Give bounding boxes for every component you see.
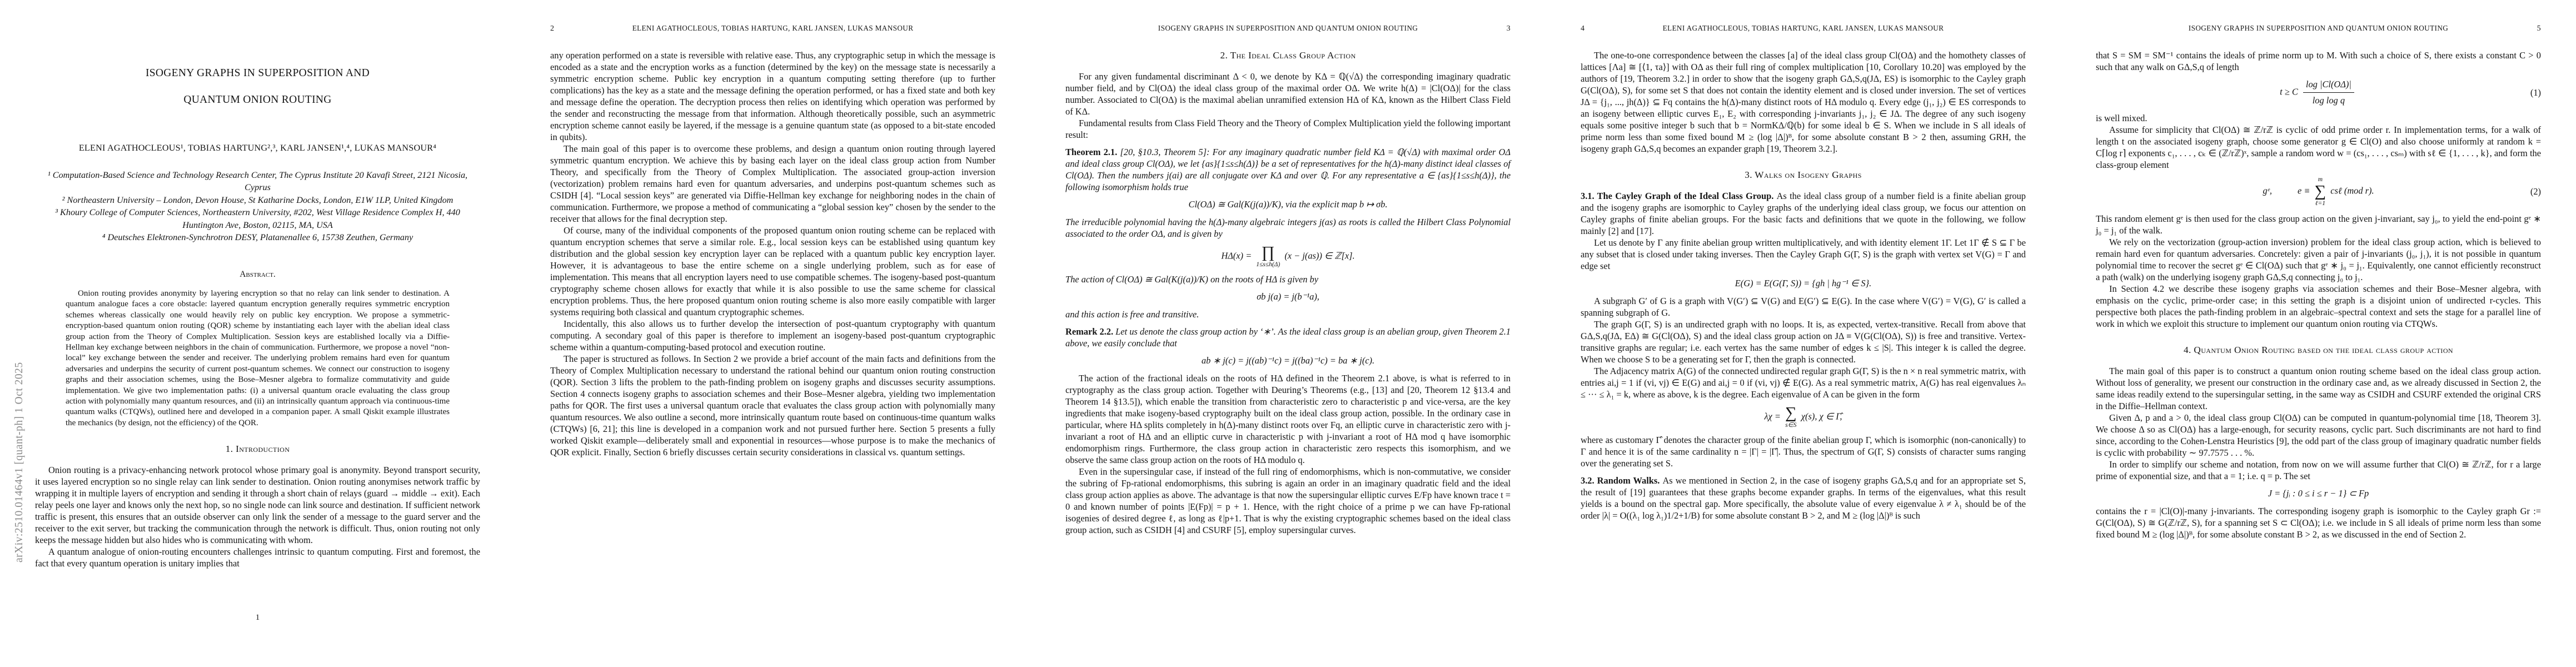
paragraph: The Adjacency matrix A(G) of the connect… [1581, 365, 2026, 400]
sum-operator: ∑s∈S [1785, 405, 1797, 429]
running-header-page-number: 3 [1492, 23, 1511, 34]
running-header-page-number: 2 [550, 23, 569, 34]
equation-sigma-action: σb j(a) = j(b⁻¹a), [1065, 290, 1511, 303]
sum-symbol: ∑ [1785, 405, 1797, 421]
remark-2-2: Remark 2.2. Let us denote the class grou… [1065, 326, 1511, 349]
paragraph: For any given fundamental discriminant Δ… [1065, 71, 1511, 117]
equation-eigenvalue: λχ = ∑s∈S χ(s), χ ∈ Γ̂, [1581, 405, 2026, 429]
paragraph: Assume for simplicity that Cl(OΔ) ≅ ℤ/rℤ… [2096, 124, 2541, 171]
subsection-3-1: 3.1. The Cayley Graph of the Ideal Class… [1581, 190, 2026, 237]
equation-2-class-group-element: gᵉ,e ≡ m∑ℓ=1 csℓ (mod r). (2) [2096, 176, 2541, 208]
running-header-title: ELENI AGATHOCLEOUS, TOBIAS HARTUNG, KARL… [1600, 22, 2007, 34]
subsection-label: 3.1. The Cayley Graph of the Ideal Class… [1581, 191, 1777, 201]
theorem-text: [20, §10.3, Theorem 5]: For any imaginar… [1065, 147, 1511, 192]
fraction-denominator: log log q [2303, 92, 2354, 107]
section-heading-introduction: 1. Introduction [35, 443, 480, 455]
paragraph: contains the r = |Cl(O)|-many j-invarian… [2096, 505, 2541, 540]
paragraph-italic: The irreducible polynomial having the h(… [1065, 217, 1511, 239]
theorem-label: Theorem 2.1. [1065, 147, 1120, 157]
paragraph-italic: and this action is free and transitive. [1065, 309, 1199, 320]
equation-suffix: (x − j(as)) ∈ ℤ[x]. [1282, 250, 1354, 261]
paper-sheet: arXiv:2510.01464v1 [quant-ph] 1 Oct 2025… [0, 0, 2576, 667]
paragraph: and this action is free and transitive. [1065, 308, 1511, 320]
paragraph: The graph G(Γ, S) is an undirected graph… [1581, 318, 2026, 365]
sum-limit: s∈S [1785, 421, 1796, 429]
equation-prefix: gᵉ, [2263, 186, 2272, 196]
paragraph: The irreducible polynomial having the h(… [1065, 216, 1511, 240]
running-header-page-number: 5 [2522, 23, 2541, 34]
paragraph: This random element gᵉ is then used for … [2096, 213, 2541, 236]
product-limit: 1≤s≤h(Δ) [1256, 261, 1280, 268]
subsection-3-2: 3.2. Random Walks. As we mentioned in Se… [1581, 475, 2026, 521]
sum-operator: m∑ℓ=1 [2315, 176, 2326, 208]
paragraph: In order to simplify our scheme and nota… [2096, 459, 2541, 482]
paragraph: The action of the fractional ideals on t… [1065, 372, 1511, 466]
paragraph: We rely on the vectorization (group-acti… [2096, 236, 2541, 283]
paragraph-italic: The action of Cl(OΔ) ≅ Gal(K(j(a))/K) on… [1065, 274, 1318, 285]
page-5: ISOGENY GRAPHS IN SUPERPOSITION AND QUAN… [2061, 0, 2576, 667]
equation-suffix: χ(s), χ ∈ Γ̂, [1799, 411, 1842, 421]
page-2: 2 ELENI AGATHOCLEOUS, TOBIAS HARTUNG, KA… [515, 0, 1030, 667]
running-header-title: ELENI AGATHOCLEOUS, TOBIAS HARTUNG, KARL… [569, 22, 976, 34]
running-header: 4 ELENI AGATHOCLEOUS, TOBIAS HARTUNG, KA… [1581, 22, 2026, 34]
authors-line: ELENI AGATHOCLEOUS¹, TOBIAS HARTUNG²,³, … [35, 142, 480, 154]
page-number-footer: 1 [0, 613, 515, 623]
paragraph: The main goal of this paper is to overco… [550, 143, 995, 225]
abstract-text: Onion routing provides anonymity by laye… [66, 288, 450, 429]
equation-commutativity: ab ∗ j(c) = j((ab)⁻¹c) = j((ba)⁻¹c) = ba… [1065, 354, 1511, 367]
affiliation-item: ¹ Computation-Based Science and Technolo… [35, 169, 480, 194]
subsection-label: 3.2. Random Walks. [1581, 475, 1662, 486]
product-operator: ∏1≤s≤h(Δ) [1256, 245, 1280, 268]
equation-hilbert-polynomial: HΔ(x) = ∏1≤s≤h(Δ) (x − j(as)) ∈ ℤ[x]. [1065, 245, 1511, 268]
paragraph: Even in the supersingular case, if inste… [1065, 466, 1511, 536]
paper-title-line-1: ISOGENY GRAPHS IN SUPERPOSITION AND [35, 66, 480, 81]
paragraph: A subgraph G′ of G is a graph with V(G′)… [1581, 295, 2026, 318]
paper-title-line-2: QUANTUM ONION ROUTING [35, 92, 480, 108]
equation-isomorphism: Cl(OΔ) ≅ Gal(K(j(a))/K), via the explici… [1065, 198, 1511, 211]
paragraph: any operation performed on a state is re… [550, 49, 995, 143]
remark-text: Let us denote the class group action by … [1065, 326, 1511, 349]
abstract-heading: Abstract. [35, 268, 480, 280]
affiliations-block: ¹ Computation-Based Science and Technolo… [35, 169, 480, 244]
running-header: 2 ELENI AGATHOCLEOUS, TOBIAS HARTUNG, KA… [550, 22, 995, 34]
paragraph: Incidentally, this also allows us to fur… [550, 318, 995, 353]
paragraph: In Section 4.2 we describe these isogeny… [2096, 283, 2541, 330]
section-heading-qor: 4. Quantum Onion Routing based on the id… [2096, 344, 2541, 356]
running-header-title: ISOGENY GRAPHS IN SUPERPOSITION AND QUAN… [1084, 22, 1492, 34]
page-1: arXiv:2510.01464v1 [quant-ph] 1 Oct 2025… [0, 0, 515, 667]
page-3: ISOGENY GRAPHS IN SUPERPOSITION AND QUAN… [1030, 0, 1546, 667]
affiliation-item: ² Northeastern University – London, Devo… [35, 194, 480, 207]
product-symbol: ∏ [1262, 245, 1275, 261]
paragraph: Onion routing is a privacy-enhancing net… [35, 464, 480, 546]
paragraph: where as customary Γ̂ denotes the charac… [1581, 434, 2026, 469]
equation-j-invariant-set: J = {jᵢ : 0 ≤ i ≤ r − 1} ⊂ Fp [2096, 487, 2541, 500]
paragraph: The paper is structured as follows. In S… [550, 353, 995, 458]
paragraph: Fundamental results from Class Field The… [1065, 117, 1511, 141]
arxiv-watermark: arXiv:2510.01464v1 [quant-ph] 1 Oct 2025 [13, 362, 26, 563]
sum-lower-limit: ℓ=1 [2315, 200, 2325, 207]
section-heading-walks: 3. Walks on Isogeny Graphs [1581, 169, 2026, 181]
running-header: ISOGENY GRAPHS IN SUPERPOSITION AND QUAN… [1065, 22, 1511, 34]
paragraph: The one-to-one correspondence between th… [1581, 49, 2026, 155]
equation-prefix: λχ = [1764, 411, 1783, 421]
running-header-page-number: 4 [1581, 23, 1600, 34]
fraction: log |Cl(OΔ)|log log q [2303, 78, 2354, 107]
affiliation-item: ⁴ Deutsches Elektronen-Synchrotron DESY,… [35, 231, 480, 244]
fraction-numerator: log |Cl(OΔ)| [2303, 78, 2354, 92]
equation-edge-set: E(G) = E(G(Γ, S)) = {gh | hg⁻¹ ∈ S}. [1581, 277, 2026, 290]
equation-prefix: HΔ(x) = [1221, 250, 1254, 261]
paragraph: Of course, many of the individual compon… [550, 225, 995, 318]
running-header: ISOGENY GRAPHS IN SUPERPOSITION AND QUAN… [2096, 22, 2541, 34]
page-4: 4 ELENI AGATHOCLEOUS, TOBIAS HARTUNG, KA… [1546, 0, 2061, 667]
section-heading-ideal-class-group: 2. The Ideal Class Group Action [1065, 49, 1511, 61]
affiliation-item: ³ Khoury College of Computer Sciences, N… [35, 206, 480, 231]
equation-prefix: t ≥ C [2280, 86, 2300, 97]
equation-tag: (1) [2530, 86, 2541, 99]
equation-tag: (2) [2530, 185, 2541, 198]
equation-mid: e ≡ [2298, 186, 2313, 196]
paragraph: Let us denote by Γ any finite abelian gr… [1581, 237, 2026, 272]
paragraph: The main goal of this paper is to constr… [2096, 365, 2541, 412]
equation-1-walk-length: t ≥ C log |Cl(OΔ)|log log q (1) [2096, 78, 2541, 107]
paragraph: The action of Cl(OΔ) ≅ Gal(K(j(a))/K) on… [1065, 273, 1511, 285]
paragraph: A quantum analogue of onion-routing enco… [35, 546, 480, 569]
equation-suffix: csℓ (mod r). [2328, 186, 2374, 196]
paragraph: that S = SM = SM⁻¹ contains the ideals o… [2096, 49, 2541, 73]
sum-symbol: ∑ [2315, 183, 2326, 200]
paragraph: is well mixed. [2096, 112, 2541, 124]
running-header-title: ISOGENY GRAPHS IN SUPERPOSITION AND QUAN… [2115, 22, 2522, 34]
remark-label: Remark 2.2. [1065, 326, 1115, 337]
theorem-2-1: Theorem 2.1. [20, §10.3, Theorem 5]: For… [1065, 146, 1511, 193]
paragraph: Given Δ, p and a > 0, the ideal class gr… [2096, 412, 2541, 459]
